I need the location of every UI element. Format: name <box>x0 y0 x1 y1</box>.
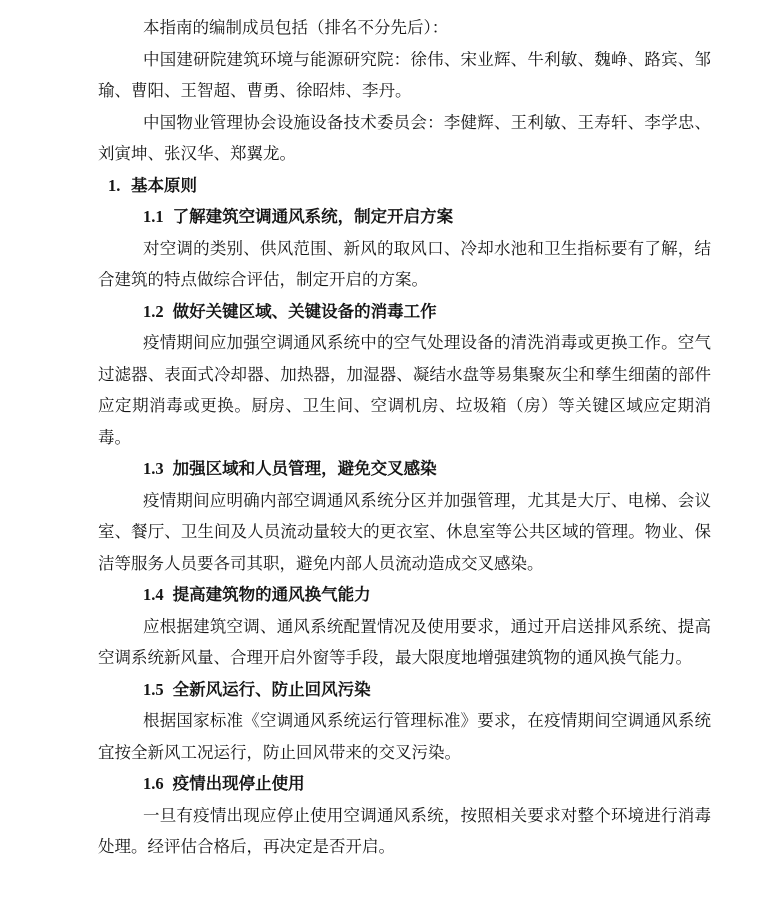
subsection-body-1-3: 疫情期间应明确内部空调通风系统分区并加强管理，尤其是大厅、电梯、会议室、餐厅、卫… <box>98 485 711 580</box>
subsection-heading-1-6: 1.6疫情出现停止使用 <box>98 768 711 800</box>
subsection-title: 疫情出现停止使用 <box>173 774 305 793</box>
subsection-title: 提高建筑物的通风换气能力 <box>173 585 371 604</box>
subsection-heading-1-3: 1.3加强区域和人员管理，避免交叉感染 <box>98 453 711 485</box>
intro-paragraph-credits-1: 中国建研院建筑环境与能源研究院：徐伟、宋业辉、牛利敏、魏峥、路宾、邹瑜、曹阳、王… <box>98 44 711 107</box>
subsection-body-1-1: 对空调的类别、供风范围、新风的取风口、冷却水池和卫生指标要有了解，结合建筑的特点… <box>98 233 711 296</box>
subsection-heading-1-1: 1.1了解建筑空调通风系统，制定开启方案 <box>98 201 711 233</box>
subsection-number: 1.4 <box>143 585 164 604</box>
subsection-body-1-5: 根据国家标准《空调通风系统运行管理标准》要求，在疫情期间空调通风系统宜按全新风工… <box>98 705 711 768</box>
subsection-number: 1.2 <box>143 302 164 321</box>
section-title: 基本原则 <box>131 176 197 195</box>
subsection-body-1-2: 疫情期间应加强空调通风系统中的空气处理设备的清洗消毒或更换工作。空气过滤器、表面… <box>98 327 711 453</box>
subsection-heading-1-2: 1.2做好关键区域、关键设备的消毒工作 <box>98 296 711 328</box>
subsection-title: 全新风运行、防止回风污染 <box>173 680 371 699</box>
document-page: 本指南的编制成员包括（排名不分先后）： 中国建研院建筑环境与能源研究院：徐伟、宋… <box>0 0 773 908</box>
subsection-number: 1.3 <box>143 459 164 478</box>
subsection-heading-1-4: 1.4提高建筑物的通风换气能力 <box>98 579 711 611</box>
subsection-body-1-6: 一旦有疫情出现应停止使用空调通风系统，按照相关要求对整个环境进行消毒处理。经评估… <box>98 800 711 863</box>
subsection-number: 1.1 <box>143 207 164 226</box>
intro-lead-paragraph: 本指南的编制成员包括（排名不分先后）： <box>98 12 711 44</box>
section-heading: 1.基本原则 <box>98 170 711 202</box>
subsection-title: 做好关键区域、关键设备的消毒工作 <box>173 302 437 321</box>
intro-paragraph-credits-2: 中国物业管理协会设施设备技术委员会：李健辉、王利敏、王寿轩、李学忠、刘寅坤、张汉… <box>98 107 711 170</box>
subsection-title: 加强区域和人员管理，避免交叉感染 <box>173 459 437 478</box>
section-number: 1. <box>108 170 131 202</box>
subsection-title: 了解建筑空调通风系统，制定开启方案 <box>173 207 454 226</box>
subsection-heading-1-5: 1.5全新风运行、防止回风污染 <box>98 674 711 706</box>
subsection-number: 1.6 <box>143 774 164 793</box>
subsection-number: 1.5 <box>143 680 164 699</box>
subsection-body-1-4: 应根据建筑空调、通风系统配置情况及使用要求，通过开启送排风系统、提高空调系统新风… <box>98 611 711 674</box>
